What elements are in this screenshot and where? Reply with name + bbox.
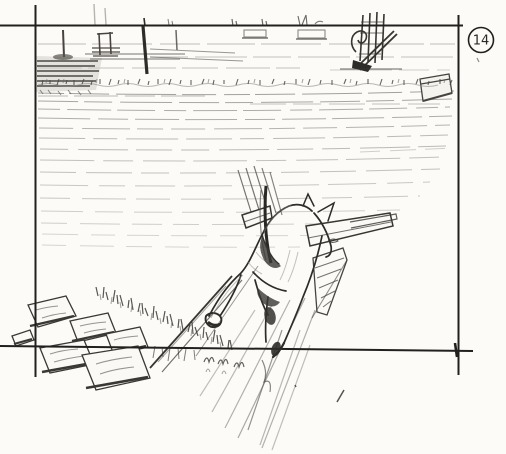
belly-shading <box>257 288 280 307</box>
gate <box>92 4 120 56</box>
sketch-drawing: 14 <box>0 0 506 454</box>
shadow-streaks <box>200 298 315 450</box>
left-paw-shade <box>208 322 220 325</box>
feed-box <box>420 74 452 101</box>
hind-hoof-dark <box>269 340 282 357</box>
panel-number-badge: 14 <box>469 28 494 53</box>
ladder <box>340 12 402 72</box>
path-edge-lines <box>150 266 258 372</box>
hedge <box>36 56 102 95</box>
distant-sheds <box>242 30 327 39</box>
neck-shading <box>260 236 281 268</box>
stepping-stones <box>12 296 150 390</box>
panel-number: 14 <box>473 34 490 49</box>
storyboard-panel: 14 <box>0 0 506 454</box>
back-fence-posts <box>53 15 323 61</box>
grass-verge-row <box>38 79 452 87</box>
